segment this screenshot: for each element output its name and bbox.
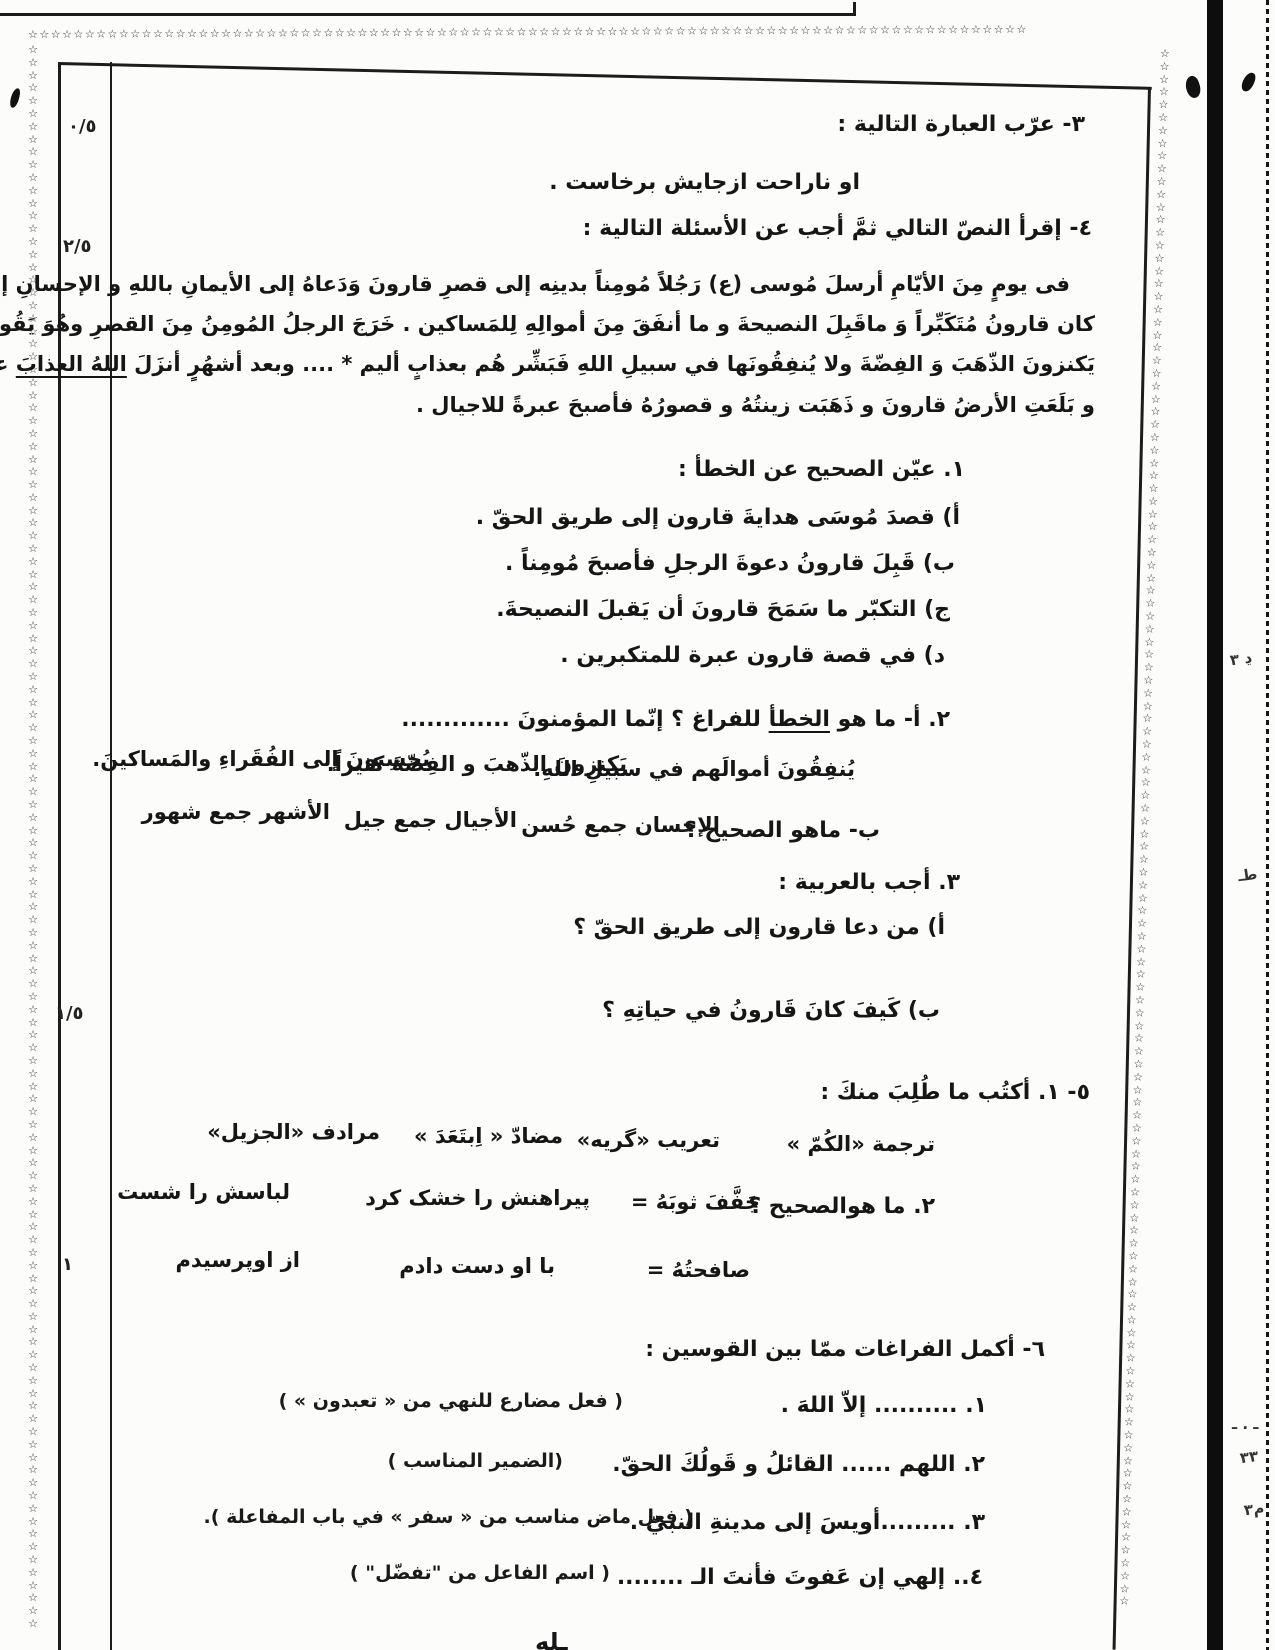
q5-row2-cell-2: پیراهنش را خشک کرد xyxy=(365,1186,590,1210)
q4-sub2b-option-2: الأجيال جمع جيل xyxy=(344,808,517,832)
score-badge-4: ١ xyxy=(62,1254,73,1275)
q4-sub1-option-c: ج) التكبّر ما سَمَحَ قارونَ أن يَقبلَ ال… xyxy=(496,597,950,622)
q4-sub2a-post: للفراغ ؟ إنّما المؤمنونَ ............. xyxy=(401,707,768,732)
q5-row1-cell-2: تعريب «گريه» xyxy=(577,1128,720,1152)
scan-black-band xyxy=(1207,0,1223,1650)
ink-blob-top-right-2 xyxy=(1240,71,1258,94)
q4-sub1-option-b: ب) قَبِلَ قارونُ دعوةَ الرجلِ فأصبحَ مُو… xyxy=(505,551,955,576)
q4-sub3-question-b: ب) كَيفَ كانَ قَارونُ في حياتِهِ ؟ xyxy=(602,998,940,1023)
frame-left xyxy=(58,62,61,1650)
margin-scribble-1: ڍ ٣ xyxy=(1229,649,1252,670)
q6-hint-3: ( فعل ماض مناسب من « سفر » في باب المفاع… xyxy=(204,1506,693,1528)
q5-row1-cell-4: مرادف «الجزيل» xyxy=(207,1120,380,1144)
q5-row2-cell-1: جَفَّفَ ثوبَهُ = xyxy=(631,1190,760,1214)
q5-row3-cell-2: با او دست دادم xyxy=(399,1254,555,1278)
q4-passage-line-3-pre: يَكنزونَ الذّهَبَ وَ الفِضّةَ ولا يُنفِق… xyxy=(127,352,1095,376)
q4-sub1-option-a: أ) قصدَ مُوسَى هدايةَ قارون إلى طريق الح… xyxy=(476,505,960,530)
q6-hint-4: ( اسم الفاعل من "تفضّل" ) xyxy=(350,1562,610,1584)
q5-row3-cell-1: صافحتُهُ = xyxy=(647,1258,750,1282)
q5-title: ٥- ١. أكتُب ما طُلِبَ منكَ : xyxy=(820,1080,1090,1105)
q4-sub2b-option-3: الأشهر جمع شهور xyxy=(142,800,330,824)
q6-item-2: ٢. اللهم ...... القائلُ و قَولُكَ الحقّ. xyxy=(612,1452,985,1477)
q4-passage-line-4: و بَلَعَتِ الأرضُ قارونَ و ذَهَبَت زينتُ… xyxy=(416,393,1095,417)
q4-sub1-title: ١. عيّن الصحيح عن الخطأ : xyxy=(678,457,965,482)
q6-item-1: ١. .......... إلاّ اللهَ . xyxy=(781,1393,987,1418)
bottom-partial-mark: ـله xyxy=(535,1628,568,1650)
q4-passage-line-3: يَكنزونَ الذّهَبَ وَ الفِضّةَ ولا يُنفِق… xyxy=(0,352,1095,376)
q4-sub2a-title: ٢. أ- ما هو الخطأ للفراغ ؟ إنّما المؤمنو… xyxy=(401,707,950,732)
scanned-exam-page: ☆☆☆☆☆☆☆☆☆☆☆☆☆☆☆☆☆☆☆☆☆☆☆☆☆☆☆☆☆☆☆☆☆☆☆☆☆☆☆☆… xyxy=(0,0,1275,1650)
score-column-divider xyxy=(110,62,112,1650)
q6-item-4: ٤.. إلهي إن عَفوتَ فأنتَ الـ ........ xyxy=(617,1565,983,1590)
q4-passage-line-3-post: على قارون xyxy=(0,352,16,376)
frame-top xyxy=(58,62,1152,90)
top-edge-rule xyxy=(0,13,856,16)
q4-sub2a-option-3: يُحسِنونَ إلى الفُقَراءِ والمَساكينَ. xyxy=(92,747,430,771)
score-badge-2: ٢/٥ xyxy=(63,236,92,257)
margin-scribble-2: طـ xyxy=(1237,865,1259,886)
perforation-dashed-line xyxy=(1266,0,1269,1650)
margin-scribble-3: ـ . ـ xyxy=(1232,1415,1258,1433)
q6-hint-2: (الضمير المناسب ) xyxy=(388,1450,563,1472)
q5-row2-cell-3: لباسش را شست xyxy=(117,1180,290,1204)
q4-sub2b-option-1: الإحسان جمع حُسن xyxy=(521,813,720,837)
q4-sub2a-pre: ٢. أ- ما هو xyxy=(830,707,950,732)
q5-row1-cell-3: مضادّ « اِبتَعَدَ » xyxy=(414,1124,563,1148)
q3-phrase: او ناراحت ازجايش برخاست . xyxy=(549,170,860,195)
ink-blob-top-right-1 xyxy=(1183,74,1203,99)
margin-scribble-5: م٣ xyxy=(1243,1499,1265,1520)
q5-row1-cell-1: ترجمة «الكُمّ » xyxy=(787,1132,935,1156)
score-badge-1: ٠/٥ xyxy=(68,116,97,137)
q4-passage-line-1: فى يومٍ مِنَ الأيّامِ أرسلَ مُوسى (ع) رَ… xyxy=(0,272,1070,296)
q5-row2-label: ٢. ما هوالصحيح ؟ xyxy=(748,1194,935,1219)
margin-scribble-4: ٣٣ xyxy=(1239,1447,1260,1467)
q4-title: ٤- إقرأ النصّ التالي ثمَّ أجب عن الأسئلة… xyxy=(583,216,1092,241)
star-border-top: ☆☆☆☆☆☆☆☆☆☆☆☆☆☆☆☆☆☆☆☆☆☆☆☆☆☆☆☆☆☆☆☆☆☆☆☆☆☆☆☆… xyxy=(28,23,1028,41)
q4-passage-underlined-phrase: اللهُ العذابَ xyxy=(16,352,127,376)
score-badge-3: ١/٥ xyxy=(55,1003,84,1024)
ink-blob-top-left xyxy=(9,87,22,108)
q4-passage-line-2: كان قارونُ مُتَكَبِّراً وَ ماقَبِلَ النص… xyxy=(0,312,1095,336)
q6-hint-1: ( فعل مضارع للنهي من « تعبدون » ) xyxy=(279,1390,623,1412)
q6-title: ٦- أكمل الفراغات ممّا بين القوسين : xyxy=(645,1337,1045,1362)
q4-sub3-title: ٣. أجب بالعربية : xyxy=(778,870,960,895)
q4-sub2a-underlined-word: الخطأ xyxy=(769,707,830,732)
q4-sub3-question-a: أ) من دعا قارون إلى طريق الحقّ ؟ xyxy=(573,915,945,940)
q3-title: ٣- عرّب العبارة التالية : xyxy=(837,112,1085,137)
top-edge-tick xyxy=(853,2,856,16)
q4-sub1-option-d: د) في قصة قارون عبرة للمتكبرين . xyxy=(560,643,945,668)
q5-row3-cell-3: از اوپرسیدم xyxy=(175,1248,300,1272)
